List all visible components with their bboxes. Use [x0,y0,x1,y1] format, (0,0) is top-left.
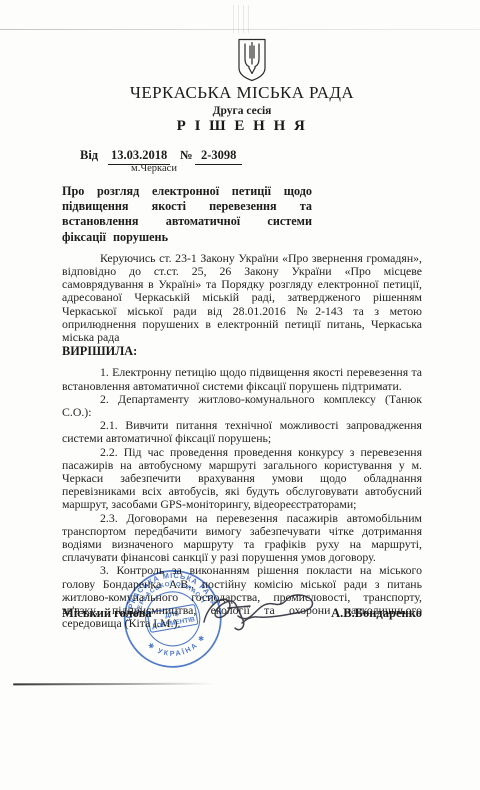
subject-paragraph: Про розгляд електронної петиції щодо під… [62,184,312,245]
resolution-item-2-2: 2.2. Під час проведення проведення конку… [62,446,422,512]
resolution-item-2-1: 2.1. Вивчити питання технічної можливост… [62,419,422,445]
signer-name: А.В.Бондаренко [331,606,422,621]
emblem-wrap [62,38,422,82]
number-label: № [180,148,193,163]
doc-type-title: Р І Ш Е Н Н Я [62,118,422,135]
resolution-item-2: 2. Департаменту житлово-комунального ком… [62,393,422,419]
city-label: м.Черкаси [106,163,202,174]
resolved-label: ВИРІШИЛА: [62,345,422,358]
resolution-item-1: 1. Електронну петицію щодо підвищення як… [62,366,422,392]
preamble-paragraph: Керуючись ст. 23-1 Закону України «Про з… [62,252,422,344]
document-page: ЧЕРКАСЬКА МІСЬКА РАДА Друга сесія Р І Ш … [0,0,480,790]
session-title: Друга сесія [62,105,422,117]
date-label: Від [80,148,98,163]
document-content: ЧЕРКАСЬКА МІСЬКА РАДА Друга сесія Р І Ш … [62,0,422,631]
scan-artifact-line-bottom [13,683,215,686]
resolution-item-2-3: 2.3. Договорами на перевезення пасажирів… [62,512,422,565]
handwritten-signature [198,586,328,646]
date-line: Від 13.03.2018 № 2-3098 м.Черкаси [62,148,422,176]
org-name: ЧЕРКАСЬКА МІСЬКА РАДА [62,83,422,103]
number-value: 2-3098 [195,148,242,165]
